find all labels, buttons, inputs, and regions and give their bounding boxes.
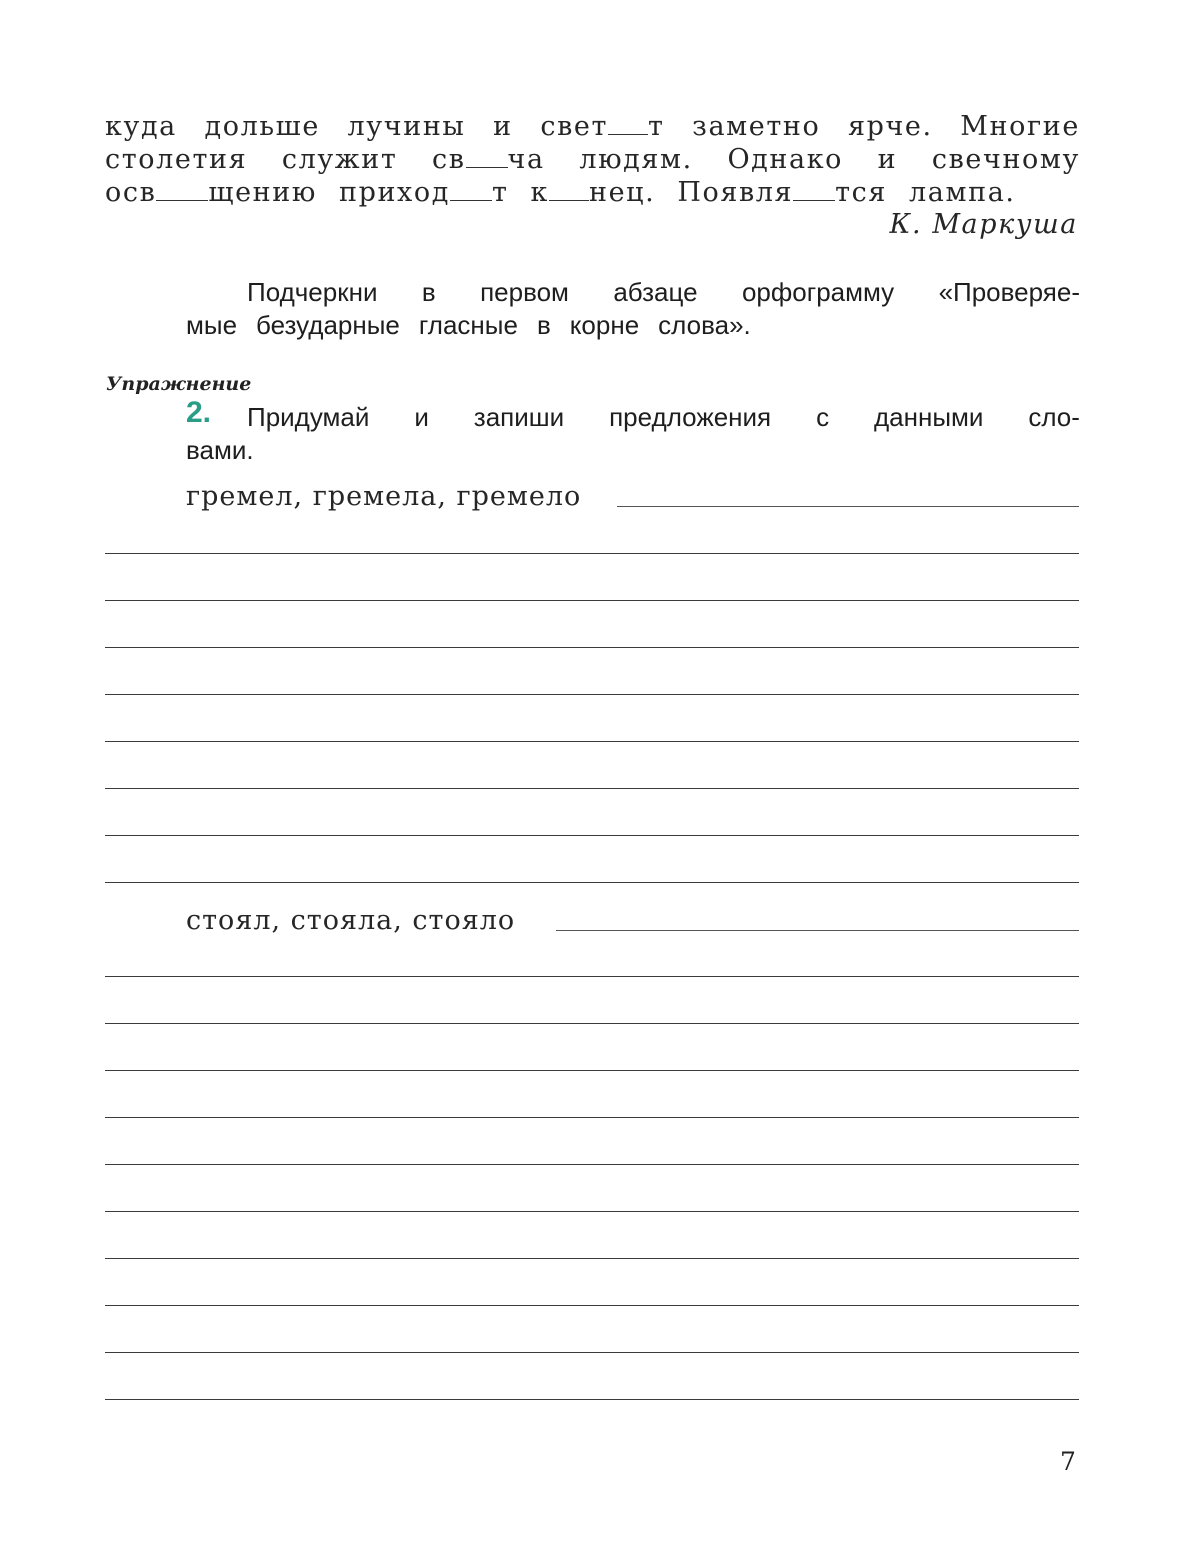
instruction-word: предложения [609, 401, 771, 434]
passage-word: дольше [205, 110, 320, 143]
passage-word: освщению [105, 176, 317, 209]
instruction-word: безударные [256, 309, 400, 342]
passage-word: светт [540, 110, 664, 143]
passage-word: Многие [960, 110, 1080, 143]
passage-word: ярче. [848, 110, 933, 143]
answer-line[interactable] [105, 835, 1079, 836]
answer-line[interactable] [105, 647, 1079, 648]
exercise-line-2: вами. [186, 434, 1080, 467]
passage-word: Однако [727, 143, 843, 176]
answer-line[interactable] [105, 976, 1079, 977]
answer-line[interactable] [105, 1023, 1079, 1024]
instruction-word: корне [570, 309, 639, 342]
instruction-word: первом [480, 276, 569, 309]
reading-passage: кудадольшелучиныисветтзаметноярче.Многие… [105, 110, 1080, 209]
instruction-word: «Проверяе- [939, 276, 1080, 309]
passage-word: свча [432, 143, 545, 176]
missing-letter-blank[interactable] [450, 178, 492, 201]
passage-word: и [878, 143, 898, 176]
answer-line[interactable] [105, 694, 1079, 695]
instruction-word: и [414, 401, 429, 434]
task1-line-1: Подчеркнивпервомабзацеорфограмму«Проверя… [186, 276, 1080, 309]
answer-line[interactable] [105, 1211, 1079, 1212]
passage-word: людям. [579, 143, 693, 176]
instruction-word: мые [186, 309, 237, 342]
instruction-word: в [537, 309, 551, 342]
word-group-2-inline-answer-line[interactable] [556, 930, 1079, 931]
instruction-word: в [422, 276, 436, 309]
passage-word: и [493, 110, 513, 143]
answer-line[interactable] [105, 1352, 1079, 1353]
answer-line[interactable] [105, 1117, 1079, 1118]
missing-letter-blank[interactable] [793, 178, 835, 201]
task1-line-2: мыебезударныегласныевкорнеслова». [186, 309, 1080, 342]
answer-line[interactable] [105, 1258, 1079, 1259]
passage-word: свечному [932, 143, 1080, 176]
answer-line[interactable] [105, 1305, 1079, 1306]
passage-word: служит [282, 143, 398, 176]
passage-line: кудадольшелучиныисветтзаметноярче.Многие [105, 110, 1080, 143]
answer-line[interactable] [105, 1399, 1079, 1400]
passage-word: лампа. [909, 176, 1016, 209]
answer-line[interactable] [105, 600, 1079, 601]
instruction-word: сло- [1028, 401, 1080, 434]
instruction-word: гласные [419, 309, 518, 342]
passage-word: заметно [692, 110, 820, 143]
instruction-word: с [816, 401, 829, 434]
missing-letter-blank[interactable] [549, 178, 589, 201]
missing-letter-blank[interactable] [156, 178, 208, 201]
passage-word: кнец. [531, 176, 656, 209]
task-underline-instruction: Подчеркнивпервомабзацеорфограмму«Проверя… [186, 276, 1080, 342]
word-group-1-inline-answer-line[interactable] [617, 506, 1079, 507]
passage-line: столетияслужитсвчалюдям.Однакоисвечному [105, 143, 1080, 176]
passage-author: К. Маркуша [889, 209, 1078, 240]
passage-word: лучины [348, 110, 466, 143]
instruction-word: орфограмму [742, 276, 894, 309]
missing-letter-blank[interactable] [608, 112, 648, 135]
answer-line[interactable] [105, 1164, 1079, 1165]
answer-line[interactable] [105, 553, 1079, 554]
missing-letter-blank[interactable] [466, 145, 508, 168]
answer-line[interactable] [105, 788, 1079, 789]
passage-word: Появлятся [677, 176, 887, 209]
exercise-line-1: Придумайизапишипредложениясданнымисло- [186, 401, 1080, 434]
instruction-word: запиши [474, 401, 564, 434]
passage-word: приходт [339, 176, 509, 209]
instruction-word: слова». [658, 309, 751, 342]
word-group-1: гремел, гремела, гремело [186, 481, 581, 512]
passage-line: освщениюприходткнец.Появлятсялампа. [105, 176, 1080, 209]
exercise-label: Упражнение [106, 373, 251, 395]
word-group-2: стоял, стояла, стояло [186, 905, 515, 936]
passage-word: столетия [105, 143, 247, 176]
instruction-word: данными [874, 401, 983, 434]
instruction-word: абзаце [613, 276, 697, 309]
instruction-word: Придумай [247, 401, 369, 434]
instruction-word: Подчеркни [247, 276, 377, 309]
answer-line[interactable] [105, 882, 1079, 883]
exercise-instruction: Придумайизапишипредложениясданнымисло- в… [186, 401, 1080, 467]
page-number: 7 [1060, 1447, 1076, 1476]
answer-line[interactable] [105, 1070, 1079, 1071]
answer-line[interactable] [105, 741, 1079, 742]
passage-word: куда [105, 110, 177, 143]
